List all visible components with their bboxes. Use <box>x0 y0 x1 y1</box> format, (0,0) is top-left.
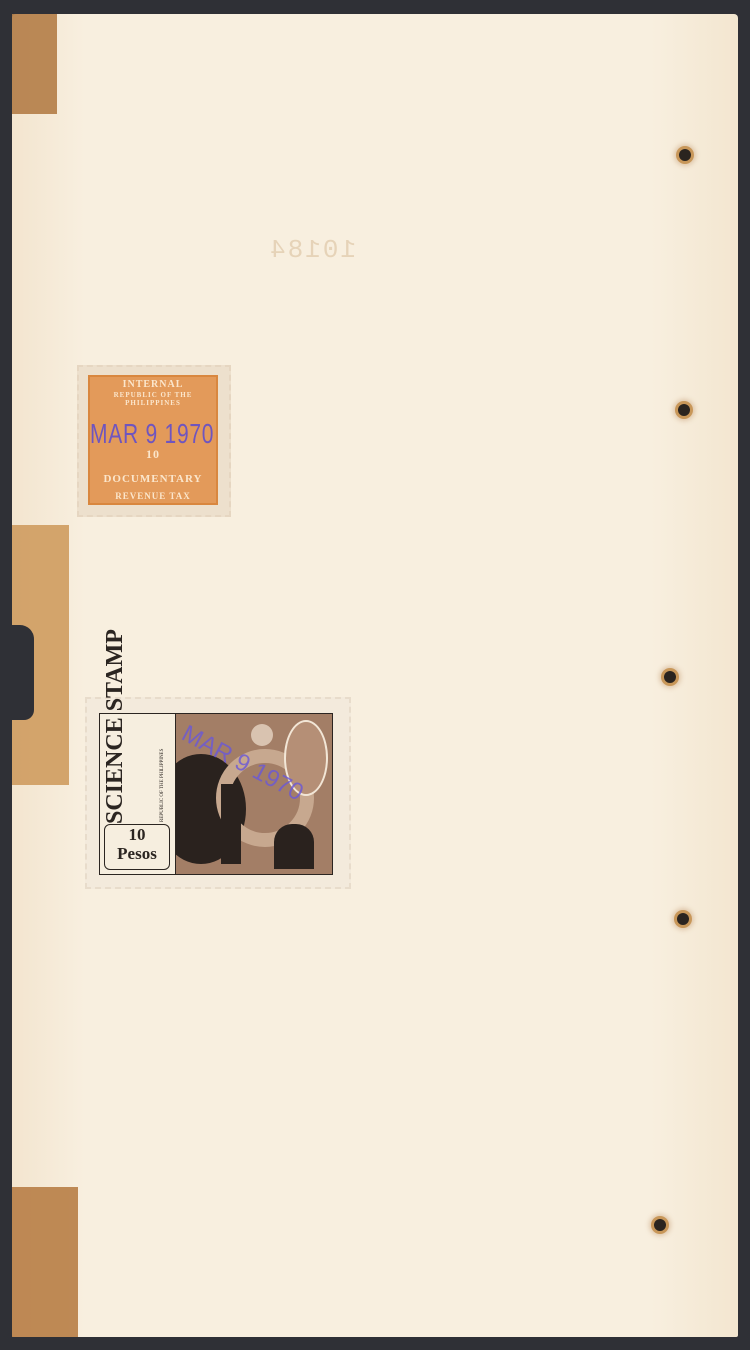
punch-hole <box>654 1219 666 1231</box>
science-stamp: SCIENCE STAMP REPUBLIC OF THE PHILIPPINE… <box>85 697 351 889</box>
torn-notch <box>12 625 34 720</box>
punch-hole <box>679 149 691 161</box>
stamp-header: INTERNAL <box>90 379 216 390</box>
tape-strip-top <box>12 14 57 114</box>
stamp-footer: REVENUE TAX <box>90 491 216 501</box>
punch-hole <box>677 913 689 925</box>
science-stamp-title: SCIENCE STAMP <box>104 629 126 824</box>
stamp-country: REPUBLIC OF THE PHILIPPINES <box>160 749 165 822</box>
tape-strip-bottom <box>12 1187 78 1337</box>
punch-hole <box>678 404 690 416</box>
cancel-postmark: MAR 9 1970 <box>90 418 214 450</box>
stamp-value-box: 10Pesos <box>104 824 170 870</box>
stamp-country: REPUBLIC OF THE PHILIPPINES <box>90 391 216 407</box>
stamp-label: DOCUMENTARY <box>90 473 216 485</box>
punch-hole <box>664 671 676 683</box>
bleed-through-number: 10184 <box>268 235 356 265</box>
